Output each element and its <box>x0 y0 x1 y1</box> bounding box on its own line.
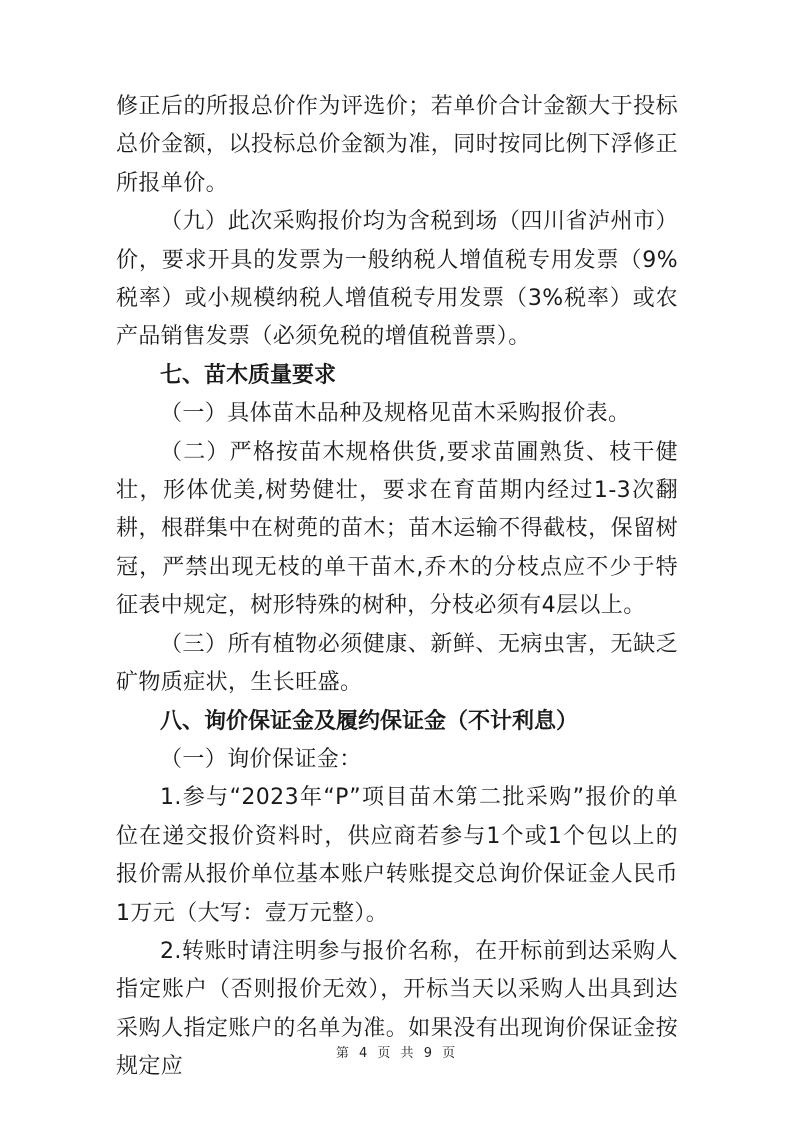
document-page: 修正后的所报总价作为评选价；若单价合计金额大于投标总价金额，以投标总价金额为准，… <box>0 0 794 1122</box>
section-heading-deposits: 八、询价保证金及履约保证金（不计利息） <box>116 703 678 741</box>
paragraph-price-correction: 修正后的所报总价作为评选价；若单价合计金额大于投标总价金额，以投标总价金额为准，… <box>116 88 678 203</box>
paragraph-quality-item-2: （二）严格按苗木规格供货,要求苗圃熟货、枝干健壮，形体优美,树势健壮，要求在育苗… <box>116 434 678 626</box>
paragraph-invoice-requirements: （九）此次采购报价均为含税到场（四川省泸州市）价，要求开具的发票为一般纳税人增值… <box>116 203 678 357</box>
paragraph-deposit-subheading: （一）询价保证金： <box>116 741 678 779</box>
paragraph-deposit-item-2: 2.转账时请注明参与报价名称，在开标前到达采购人指定账户（否则报价无效），开标当… <box>116 933 678 1087</box>
page-number-footer: 第 4 页 共 9 页 <box>0 1042 794 1061</box>
document-body: 修正后的所报总价作为评选价；若单价合计金额大于投标总价金额，以投标总价金额为准，… <box>116 88 678 1087</box>
paragraph-quality-item-3: （三）所有植物必须健康、新鲜、无病虫害，无缺乏矿物质症状，生长旺盛。 <box>116 626 678 703</box>
paragraph-deposit-item-1: 1.参与“2023年“P”项目苗木第二批采购”报价的单位在递交报价资料时，供应商… <box>116 779 678 933</box>
section-heading-seedling-quality: 七、苗木质量要求 <box>116 357 678 395</box>
paragraph-quality-item-1: （一）具体苗木品种及规格见苗木采购报价表。 <box>116 395 678 433</box>
